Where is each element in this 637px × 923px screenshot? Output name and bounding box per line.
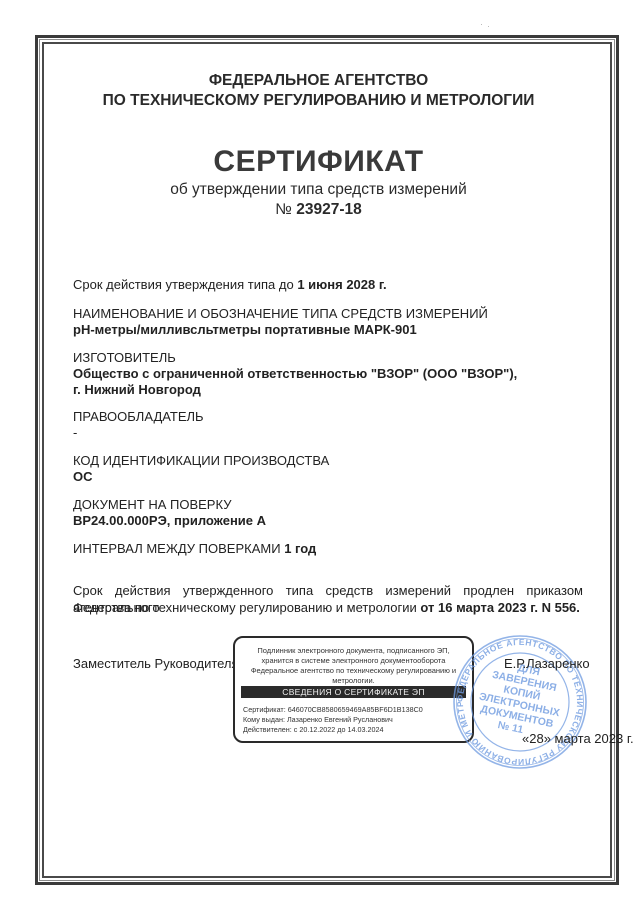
validity-line: Срок действия утверждения типа до 1 июня… — [73, 277, 387, 293]
agency-name-line2: ПО ТЕХНИЧЕСКОМУ РЕГУЛИРОВАНИЮ И МЕТРОЛОГ… — [0, 91, 637, 111]
interval-value: 1 год — [284, 541, 316, 556]
field-type-name-label: НАИМЕНОВАНИЕ И ОБОЗНАЧЕНИЕ ТИПА СРЕДСТВ … — [73, 306, 488, 322]
validity-value: 1 июня 2028 г. — [297, 277, 386, 292]
signer-position: Заместитель Руководителя — [73, 656, 239, 671]
scan-speck — [488, 26, 489, 27]
field-manufacturer-value-line2: г. Нижний Новгород — [73, 382, 201, 398]
valid-period-row: Действителен: с 20.12.2022 до 14.03.2024 — [243, 725, 423, 735]
field-rightholder-value: - — [73, 425, 77, 441]
field-type-name-value: рН-метры/милливсльтметры портативные МАР… — [73, 322, 417, 338]
certificate-serial-value: 646070CB8580659469A85BF6D1B138C0 — [288, 705, 423, 714]
signature-info-line: хранится в системе электронного документ… — [235, 656, 472, 666]
certificate-subtitle: об утверждении типа средств измерений — [0, 181, 637, 199]
issued-to-row: Кому выдан: Лазаренко Евгений Русланович — [243, 715, 423, 725]
field-manufacturer-value-line1: Общество с ограниченной ответственностью… — [73, 366, 517, 382]
valid-period-value: с 20.12.2022 до 14.03.2024 — [294, 725, 384, 734]
field-production-code-value: ОС — [73, 469, 93, 485]
verification-interval: ИНТЕРВАЛ МЕЖДУ ПОВЕРКАМИ 1 год — [73, 541, 316, 557]
field-verification-doc-label: ДОКУМЕНТ НА ПОВЕРКУ — [73, 497, 231, 513]
signature-info: Подлинник электронного документа, подпис… — [235, 646, 472, 686]
field-verification-doc-value: ВР24.00.000РЭ, приложение А — [73, 513, 266, 529]
extension-line2-plain: агентства по техническому регулированию … — [73, 600, 417, 615]
signature-info-line: Подлинник электронного документа, подпис… — [235, 646, 472, 656]
signature-info-line: Федеральное агентство по техническому ре… — [235, 666, 472, 676]
signature-date: «28» марта 2023 г. — [522, 731, 634, 746]
official-stamp-icon: ФЕДЕРАЛЬНОЕ АГЕНТСТВО ПО ТЕХНИЧЕСКОМУ РЕ… — [452, 634, 588, 770]
interval-label: ИНТЕРВАЛ МЕЖДУ ПОВЕРКАМИ — [73, 541, 281, 556]
certificate-number: № 23927-18 — [0, 201, 637, 219]
issued-to-label: Кому выдан: — [243, 715, 285, 724]
extension-line2: агентства по техническому регулированию … — [73, 599, 583, 616]
field-manufacturer-label: ИЗГОТОВИТЕЛЬ — [73, 350, 176, 366]
number-symbol: № — [275, 201, 292, 218]
certificate-number-value: 23927-18 — [296, 201, 362, 218]
field-production-code-label: КОД ИДЕНТИФИКАЦИИ ПРОИЗВОДСТВА — [73, 453, 329, 469]
valid-period-label: Действителен: — [243, 725, 292, 734]
validity-label: Срок действия утверждения типа до — [73, 277, 294, 292]
extension-order-ref: от 16 марта 2023 г. N 556. — [420, 600, 580, 615]
certificate-serial-label: Сертификат: — [243, 705, 286, 714]
certificate-details: Сертификат: 646070CB8580659469A85BF6D1B1… — [243, 705, 423, 735]
certificate-info-band: СВЕДЕНИЯ О СЕРТИФИКАТЕ ЭП — [241, 686, 466, 698]
scan-speck — [481, 24, 482, 25]
signer-name: Е.Р.Лазаренко — [504, 656, 590, 671]
signature-info-line: метрологии. — [235, 676, 472, 686]
field-rightholder-label: ПРАВООБЛАДАТЕЛЬ — [73, 409, 204, 425]
certificate-title: СЕРТИФИКАТ — [0, 145, 637, 179]
agency-name-line1: ФЕДЕРАЛЬНОЕ АГЕНТСТВО — [0, 71, 637, 91]
issued-to-value: Лазаренко Евгений Русланович — [287, 715, 393, 724]
electronic-signature-box: Подлинник электронного документа, подпис… — [233, 636, 474, 743]
certificate-serial-row: Сертификат: 646070CB8580659469A85BF6D1B1… — [243, 705, 423, 715]
